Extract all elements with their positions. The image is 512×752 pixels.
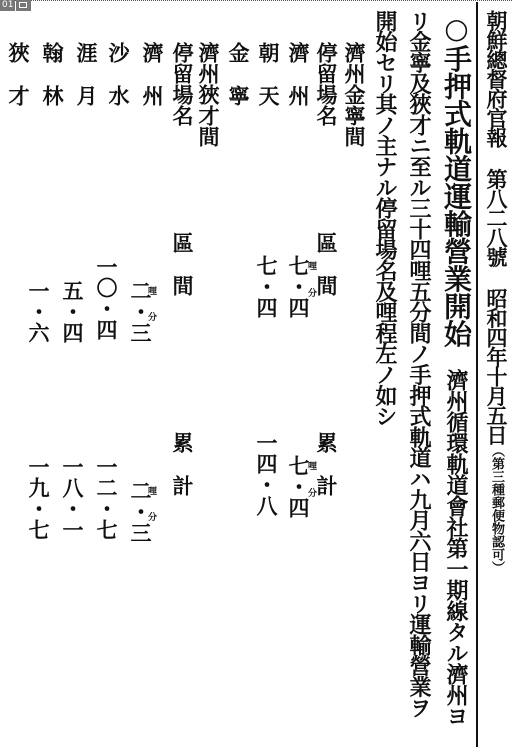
table2-row-station: 狹才	[6, 42, 30, 128]
page-number: 01	[0, 0, 15, 11]
article-line-1: 濟州循環軌道會社第一期線タル濟州ヨ	[443, 369, 469, 726]
table1-row-cumulative: 一四・八	[254, 432, 278, 516]
table1-station-header: 停留場名	[314, 42, 338, 126]
table1-row-station: 金寧	[226, 42, 250, 128]
issue-date: 昭和四年十月五日	[484, 288, 509, 444]
article-line-3: 開始セリ其ノ主ナル停留場名及哩程左ノ如シ	[372, 10, 398, 426]
mile-unit: 哩	[148, 288, 157, 297]
fen-unit: 分	[148, 514, 157, 523]
table1-interval-header: 區間	[314, 232, 338, 318]
mile-unit: 哩	[308, 463, 317, 472]
article-title-column: ○手押式軌道運輸營業開始濟州循環軌道會社第一期線タル濟州ヨ	[441, 12, 471, 726]
table2-row-station: 濟州	[140, 42, 164, 128]
table1-row-station: 朝天	[256, 42, 280, 128]
table2-row-interval: 一〇・四	[94, 256, 118, 340]
article-line-2: リ金寧及狹才ニ至ル三十四哩五分間ノ手押式軌道ハ九月六日ヨリ運輸營業ヲ	[406, 10, 432, 717]
table2-row-station: 翰林	[40, 42, 64, 128]
fen-unit: 分	[308, 290, 317, 299]
table2-row-interval: 一・六	[26, 280, 50, 343]
table2-row-station: 沙水	[106, 42, 130, 128]
publication-name: 朝鮮總督府官報	[484, 10, 509, 147]
table2-row-cumulative: 一八・一	[60, 456, 84, 540]
issue-number: 第八二八號	[484, 169, 509, 267]
page-indicator: 01	[0, 0, 31, 11]
fen-unit: 分	[308, 490, 317, 499]
postal-note: （第三種郵便物認可）	[489, 444, 504, 574]
table1-row-interval: 七・四	[286, 255, 310, 318]
article-title: ○手押式軌道運輸營業開始	[440, 12, 473, 347]
mile-unit: 哩	[148, 488, 157, 497]
top-border	[0, 0, 512, 2]
table1-row-interval: 七・四	[254, 255, 278, 318]
mile-unit: 哩	[308, 263, 317, 272]
table2-row-station: 涯月	[74, 42, 98, 128]
table1-row-cumulative: 七・四	[286, 455, 310, 518]
image-icon	[16, 0, 31, 11]
table2-section-title: 濟州狹才間	[196, 42, 220, 147]
table1-row-station: 濟州	[286, 42, 310, 128]
gazette-header: 朝鮮總督府官報第八二八號昭和四年十月五日（第三種郵便物認可）	[483, 10, 509, 574]
fen-unit: 分	[148, 314, 157, 323]
table2-row-interval: 五・四	[60, 280, 84, 343]
table2-row-cumulative: 一九・七	[26, 456, 50, 540]
header-divider	[476, 2, 478, 747]
table2-interval-header: 區間	[170, 232, 194, 318]
table1-cumulative-header: 累計	[314, 432, 338, 518]
table1-section-title: 濟州金寧間	[342, 42, 366, 147]
table2-station-header: 停留場名	[170, 42, 194, 126]
table2-row-cumulative: 一二・七	[94, 456, 118, 540]
table2-cumulative-header: 累計	[170, 432, 194, 518]
